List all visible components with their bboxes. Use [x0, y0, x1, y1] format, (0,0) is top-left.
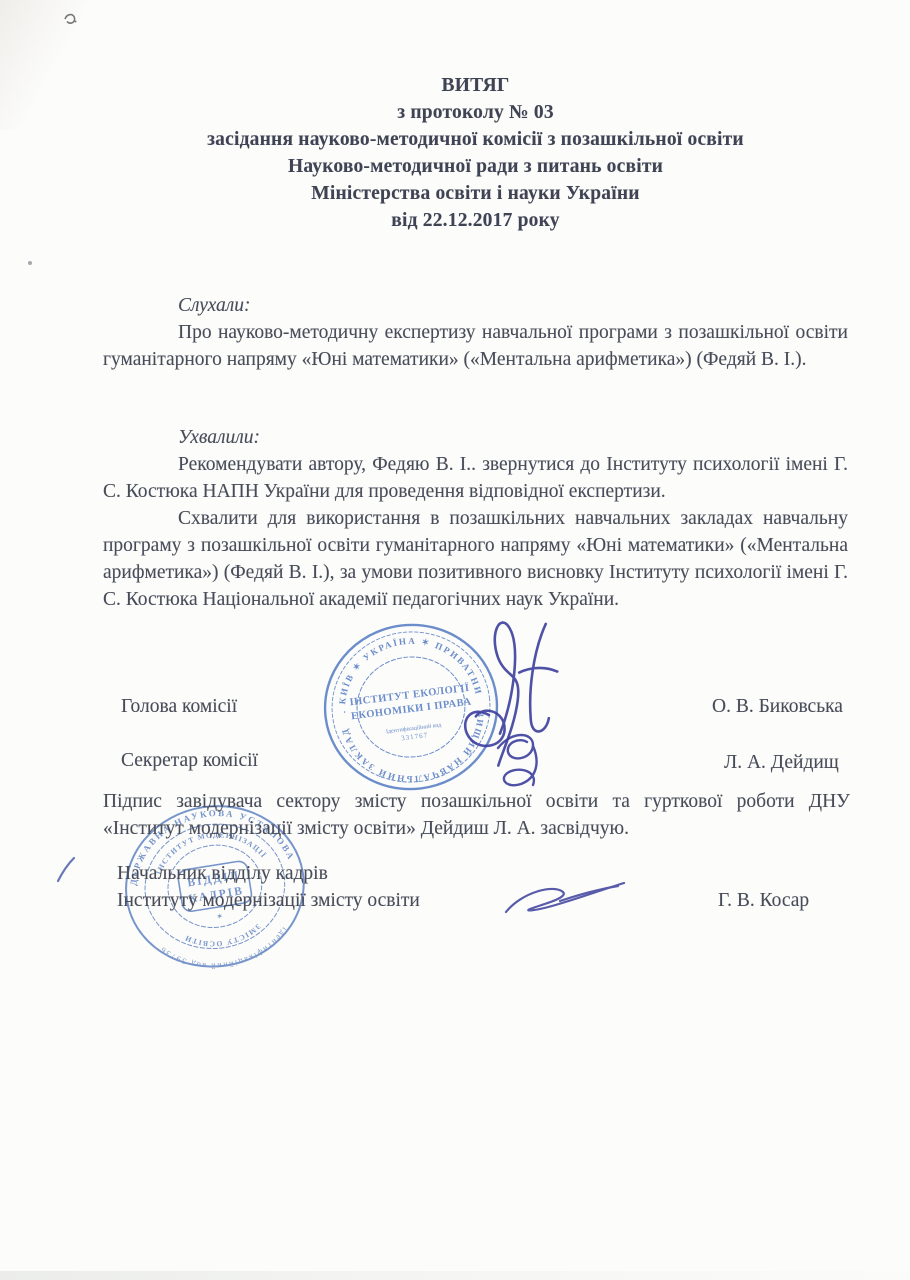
deidysh-signature [486, 724, 566, 792]
stamp1-center-line3: Ідентифікаційний код [386, 721, 442, 735]
header-line-ministry: Міністерства освіти і науки України [103, 180, 848, 207]
hr-role-line2: Інституту модернізації змісту освіти [117, 887, 420, 914]
kosar-signature [500, 876, 632, 920]
uhvalyly-paragraph-2: Схвалити для використання в позашкільних… [103, 505, 848, 613]
hr-role-line1: Начальник відділу кадрів [117, 860, 420, 887]
stamp1-center-line2: ЕКОНОМІКИ І ПРАВА [350, 697, 472, 723]
stamp2-ring-outer-bottom-text: ідентифікаційний код 39736 [157, 925, 294, 980]
ink-speck [60, 10, 80, 28]
header-title: ВИТЯГ [103, 72, 848, 99]
section-sluhaly: Слухали: Про науково-методичну експертиз… [103, 292, 848, 373]
stamp1-ring-bottom-text: ВИЩИЙ НАВЧАЛЬНИЙ ЗАКЛАД [339, 709, 493, 792]
pen-tick-mark [54, 854, 78, 886]
dust-dot [28, 261, 32, 265]
uhvalyly-paragraph-1: Рекомендувати автору, Федяю В. І.. зверн… [103, 451, 848, 505]
hr-role-block: Начальник відділу кадрів Інституту модер… [117, 860, 420, 914]
sluhaly-paragraph: Про науково-методичну експертизу навчаль… [103, 319, 848, 373]
scan-shadow-topleft [0, 0, 110, 130]
stamp1-center-line4: 331767 [401, 731, 429, 742]
stamp1-ring-top-text: м. КИЇВ ✶ УКРАЇНА ✶ ПРИВАТНИЙ [308, 607, 484, 717]
header-line-council: Науково-методичної ради з питань освіти [103, 153, 848, 180]
sekretar-name: Л. А. Дейдищ [724, 752, 839, 774]
certification-paragraph: Підпис завідувача сектору змісту позашкі… [103, 788, 850, 842]
scan-shadow-bottom [0, 1271, 910, 1280]
header-line-protocol: з протоколу № 03 [103, 99, 848, 126]
institute-stamp: м. КИЇВ ✶ УКРАЇНА ✶ ПРИВАТНИЙ ВИЩИЙ НАВЧ… [308, 607, 514, 806]
stamp2-ring-inner-bottom-text: ЗМІСТУ ОСВІТИ [182, 921, 265, 954]
stamp1-center-line1: ІНСТИТУТ ЕКОЛОГІЇ [349, 681, 470, 709]
golova-name: О. В. Биковська [712, 696, 843, 718]
sluhaly-label: Слухали: [103, 292, 848, 319]
golova-role: Голова комісії [121, 696, 237, 718]
header-line-date: від 22.12.2017 року [103, 207, 848, 234]
document-page: ВИТЯГ з протоколу № 03 засідання науково… [0, 0, 910, 1280]
kosar-name: Г. В. Косар [718, 890, 809, 912]
header-line-commission: засідання науково-методичної комісії з п… [103, 126, 848, 153]
section-uhvalyly: Ухвалили: Рекомендувати автору, Федяю В.… [103, 424, 848, 613]
bykovska-signature [452, 609, 565, 780]
document-header: ВИТЯГ з протоколу № 03 засідання науково… [103, 72, 848, 234]
uhvalyly-label: Ухвалили: [103, 424, 848, 451]
sekretar-role: Секретар комісії [121, 750, 258, 772]
